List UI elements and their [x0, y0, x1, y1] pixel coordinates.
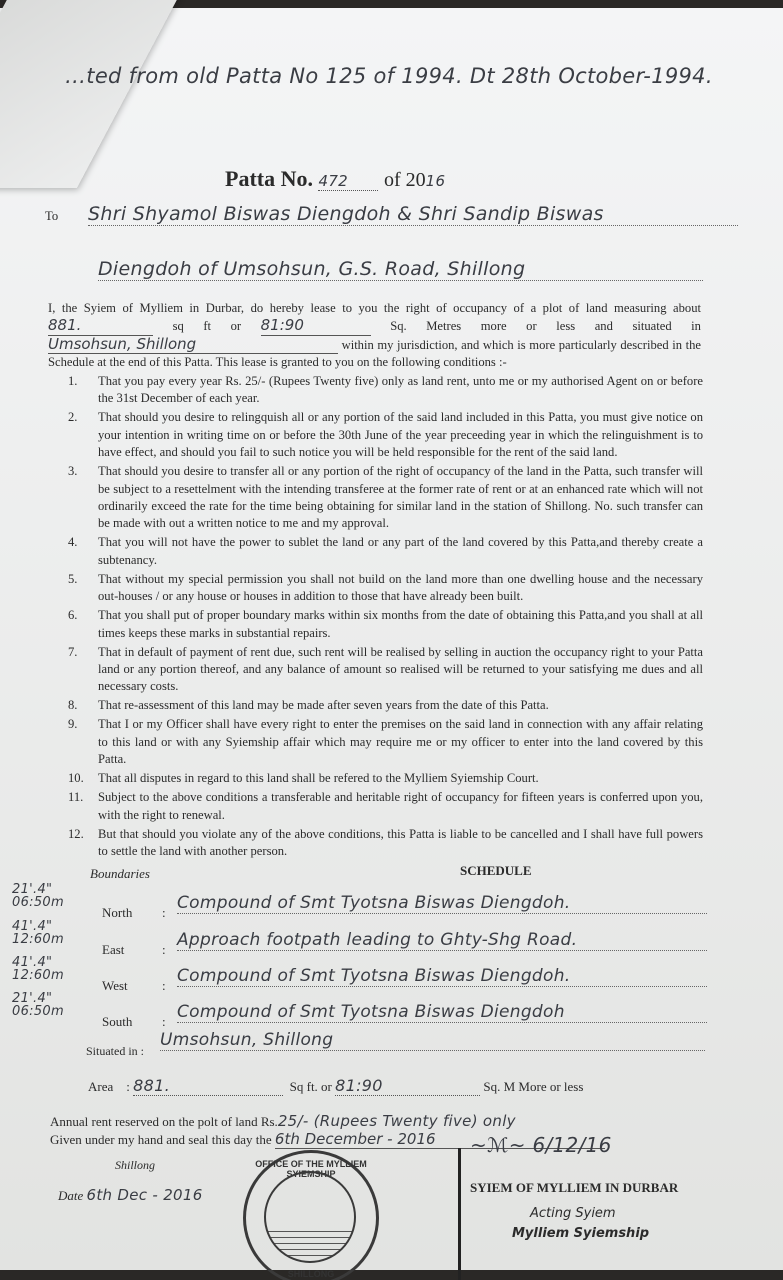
condition-item: 2.That should you desire to relingquish …: [68, 409, 703, 461]
schedule-heading: SCHEDULE: [460, 863, 532, 879]
to-label: To: [45, 208, 58, 225]
boundary-direction: North: [102, 905, 132, 921]
boundary-row-west: 41'.4"12:60m West : Compound of Smt Tyot…: [12, 966, 712, 998]
area-sqm-value: 81:90: [335, 1076, 480, 1096]
seal-bottom-text: SHILLONG: [246, 1269, 376, 1279]
conditions-list: 1.That you pay every year Rs. 25/- (Rupe…: [68, 373, 703, 862]
recipient-line-2: Diengdoh of Umsohsun, G.S. Road, Shillon…: [98, 258, 703, 281]
rent-value: 25/- (Rupees Twenty five) only: [278, 1112, 516, 1130]
signatory-title: SYIEM OF MYLLIEM IN DURBAR: [470, 1180, 678, 1196]
situated-label: Situated in :: [86, 1044, 144, 1059]
intro-text-3: Sq. Metres more or less and situated in: [390, 319, 701, 333]
rent-label: Annual rent reserved on the polt of land…: [50, 1114, 278, 1129]
date-label: Date: [58, 1188, 83, 1203]
situated-value: Umsohsun, Shillong: [160, 1030, 705, 1051]
boundary-metres: 12:60m: [12, 932, 64, 947]
intro-text-2: sq ft or: [173, 319, 242, 333]
area-sqft-field: 881.: [48, 317, 153, 335]
boundary-row-east: 41'.4"12:60m East : Approach footpath le…: [12, 930, 712, 962]
boundary-direction: East: [102, 942, 124, 958]
condition-item: 7.That in default of payment of rent due…: [68, 644, 703, 696]
given-label: Given under my hand and seal this day th…: [50, 1132, 272, 1147]
boundary-row-north: 21'.4"06:50m North : Compound of Smt Tyo…: [12, 893, 712, 925]
area-sqft-value: 881.: [133, 1076, 283, 1096]
handwritten-note: …ted from old Patta No 125 of 1994. Dt 2…: [65, 64, 713, 88]
boundary-direction: South: [102, 1014, 132, 1030]
boundary-value: Compound of Smt Tyotsna Biswas Diengdoh.: [177, 966, 707, 987]
sqft-label: Sq ft. or: [290, 1079, 332, 1094]
area-label: Area: [88, 1079, 113, 1094]
condition-item: 1.That you pay every year Rs. 25/- (Rupe…: [68, 373, 703, 408]
patta-year-suffix: 16: [426, 172, 446, 190]
boundary-value: Compound of Smt Tyotsna Biswas Diengdoh: [177, 1002, 707, 1023]
condition-item: 6.That you shall put of proper boundary …: [68, 607, 703, 642]
condition-item: 9.That I or my Officer shall have every …: [68, 716, 703, 768]
stamp-line-2: Mylliem Syiemship: [512, 1226, 649, 1241]
paper-crease: [458, 1148, 461, 1280]
patta-number: 472: [318, 172, 378, 191]
boundary-direction: West: [102, 978, 128, 994]
condition-item: 4.That you will not have the power to su…: [68, 534, 703, 569]
intro-paragraph: I, the Syiem of Mylliem in Durbar, do he…: [48, 300, 701, 372]
boundary-value: Compound of Smt Tyotsna Biswas Diengdoh.: [177, 893, 707, 914]
area-sqm-field: 81:90: [261, 317, 371, 335]
boundary-metres: 06:50m: [12, 1004, 64, 1019]
patta-of-label: of 20: [384, 169, 426, 191]
condition-item: 10.That all disputes in regard to this l…: [68, 770, 703, 787]
location-field: Umsohsun, Shillong: [48, 336, 338, 354]
intro-text-1: I, the Syiem of Mylliem in Durbar, do he…: [48, 301, 701, 315]
area-row: Area : 881. Sq ft. or 81:90 Sq. M More o…: [88, 1076, 583, 1096]
signature: ~ℳ~ 6/12/16: [470, 1133, 612, 1157]
place-label: Shillong: [115, 1158, 155, 1173]
stamp-line-1: Acting Syiem: [530, 1206, 616, 1221]
signature-date: 6/12/16: [532, 1133, 611, 1157]
boundary-metres: 06:50m: [12, 895, 64, 910]
condition-item: 5.That without my special permission you…: [68, 571, 703, 606]
folded-corner: [0, 0, 183, 188]
date-row: Date 6th Dec - 2016: [58, 1186, 203, 1204]
condition-item: 11.Subject to the above conditions a tra…: [68, 789, 703, 824]
annual-rent-row: Annual rent reserved on the polt of land…: [50, 1112, 516, 1130]
patta-title: Patta No. 472 of 2016: [225, 166, 445, 192]
boundaries-heading: Boundaries: [90, 866, 150, 882]
official-seal-icon: OFFICE OF THE MYLLIEM SYIEMSHIP SHILLONG: [243, 1150, 379, 1280]
boundary-metres: 12:60m: [12, 968, 64, 983]
condition-item: 3.That should you desire to transfer all…: [68, 463, 703, 533]
patta-label: Patta No.: [225, 166, 313, 191]
condition-item: 12.But that should you violate any of th…: [68, 826, 703, 861]
date-value: 6th Dec - 2016: [87, 1186, 203, 1204]
recipient-line-1: Shri Shyamol Biswas Diengdoh & Shri Sand…: [88, 203, 738, 226]
patta-document: …ted from old Patta No 125 of 1994. Dt 2…: [0, 8, 783, 1270]
condition-item: 8.That re-assessment of this land may be…: [68, 697, 703, 714]
boundary-value: Approach footpath leading to Ghty-Shg Ro…: [177, 930, 707, 951]
sqm-label: Sq. M More or less: [483, 1079, 583, 1094]
